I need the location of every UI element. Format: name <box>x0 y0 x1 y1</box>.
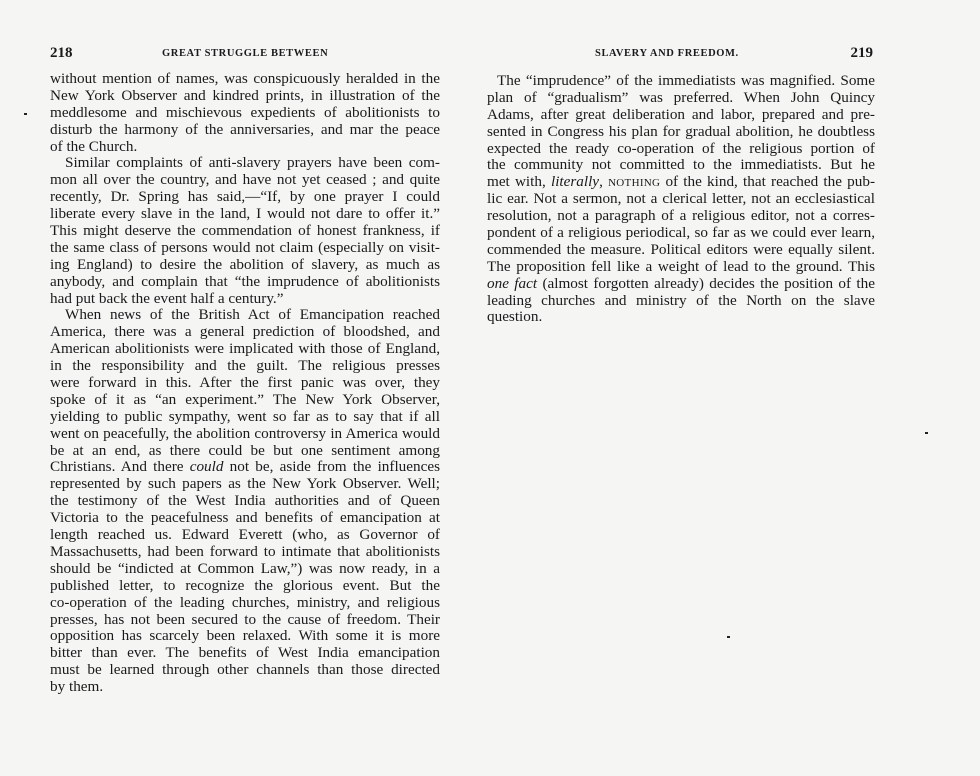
text-line: Massachusetts, had been forward to intim… <box>50 544 440 561</box>
text-line: opposition has scarcely been relaxed. Wi… <box>50 628 440 645</box>
text-line: in the responsibility and the guilt. The… <box>50 358 440 375</box>
text-line: without mention of names, was conspicuou… <box>50 71 440 88</box>
text-line: represented by such papers as the New Yo… <box>50 476 440 493</box>
text-line: recently, Dr. Spring has said,—“If, by o… <box>50 189 440 206</box>
running-head-title-left: GREAT STRUGGLE BETWEEN <box>162 48 328 59</box>
text-line: yielding to public sympathy, went so far… <box>50 409 440 426</box>
text-line: by them. <box>50 679 440 696</box>
page-number-right: 219 <box>851 45 874 62</box>
small-caps-emphasis: nothing <box>608 173 660 190</box>
text-segment: of the kind, that reached the pub- <box>660 173 875 190</box>
text-line: must be learned through other channels t… <box>50 662 440 679</box>
text-line: of the Church. <box>50 139 440 156</box>
running-head-left: 218 GREAT STRUGGLE BETWEEN <box>50 45 440 63</box>
right-page-body: The “imprudence” of the immediatists was… <box>487 73 875 326</box>
text-line: disturb the harmony of the anniversaries… <box>50 122 440 139</box>
italic-emphasis: literally <box>551 173 599 190</box>
text-line: anybody, and complain that “the impruden… <box>50 274 440 291</box>
text-line: The proposition fell like a weight of le… <box>487 259 875 276</box>
left-page-body: without mention of names, was conspicuou… <box>50 71 440 696</box>
text-line: spoke of it as “an experiment.” The New … <box>50 392 440 409</box>
text-line: the community not committed to the immed… <box>487 157 875 174</box>
text-line: the same class of persons would not clai… <box>50 240 440 257</box>
text-line: were forward in this. After the first pa… <box>50 375 440 392</box>
text-line: liberate every slave in the land, I woul… <box>50 206 440 223</box>
text-line: had put back the event half a century.” <box>50 291 440 308</box>
text-segment: not be, aside from the influences <box>223 458 440 475</box>
text-line: question. <box>487 309 875 326</box>
text-line: plan of “gradualism” was preferred. When… <box>487 90 875 107</box>
text-line: bitter than ever. The benefits of West I… <box>50 645 440 662</box>
italic-emphasis: could <box>190 458 224 475</box>
text-segment: met with, <box>487 173 551 190</box>
running-head-right: SLAVERY AND FREEDOM. 219 <box>487 45 875 63</box>
text-line: resolution, not a paragraph of a religio… <box>487 208 875 225</box>
text-line: This might deserve the commendation of h… <box>50 223 440 240</box>
paragraph-start-line: Similar complaints of anti-slavery praye… <box>50 155 440 172</box>
text-line: published letter, to recognize the glori… <box>50 578 440 595</box>
page-number-left: 218 <box>50 45 73 62</box>
text-line: ing England) to desire the abolition of … <box>50 257 440 274</box>
italic-emphasis: one fact <box>487 275 537 292</box>
text-line: co-operation of the leading churches, mi… <box>50 595 440 612</box>
text-line-with-italic: Christians. And there could not be, asid… <box>50 459 440 476</box>
text-line: should be “indicted at Common Law,”) was… <box>50 561 440 578</box>
text-line: sented in Congress his plan for gradual … <box>487 124 875 141</box>
text-segment: Christians. And there <box>50 458 190 475</box>
paragraph-start-line: The “imprudence” of the immediatists was… <box>487 73 875 90</box>
text-line: presses, has not been secured to the cau… <box>50 612 440 629</box>
running-head-title-right: SLAVERY AND FREEDOM. <box>595 48 739 59</box>
scan-speck <box>727 636 730 638</box>
text-line: the testimony of the West India authorit… <box>50 493 440 510</box>
text-line: American abolitionists were implicated w… <box>50 341 440 358</box>
text-line: Adams, after great deliberation and labo… <box>487 107 875 124</box>
paragraph-start-line: When news of the British Act of Emancipa… <box>50 307 440 324</box>
text-line-with-italic: one fact (almost forgotten already) deci… <box>487 276 875 293</box>
text-line: went on peacefully, the abolition contro… <box>50 426 440 443</box>
text-line: New York Observer and kindred prints, in… <box>50 88 440 105</box>
text-line: meddlesome and mischievous expedients of… <box>50 105 440 122</box>
text-line: pondent of a religious periodical, so fa… <box>487 225 875 242</box>
text-line: commended the measure. Political editors… <box>487 242 875 259</box>
scan-speck <box>925 432 928 434</box>
text-line: be at an end, as there could be but one … <box>50 443 440 460</box>
text-line: mon all over the country, and have not y… <box>50 172 440 189</box>
text-line: America, there was a general prediction … <box>50 324 440 341</box>
text-line: length reached us. Edward Everett (who, … <box>50 527 440 544</box>
text-segment: (almost forgotten already) decides the p… <box>537 275 875 292</box>
text-segment: , <box>599 173 608 190</box>
text-line-with-emphasis: met with, literally, nothing of the kind… <box>487 174 875 191</box>
scan-speck <box>24 113 27 115</box>
text-line: leading churches and ministry of the Nor… <box>487 293 875 310</box>
text-line: lic ear. Not a sermon, not a clerical le… <box>487 191 875 208</box>
text-line: Victoria to the peacefulness and benefit… <box>50 510 440 527</box>
text-line: expected the ready co-operation of the r… <box>487 141 875 158</box>
